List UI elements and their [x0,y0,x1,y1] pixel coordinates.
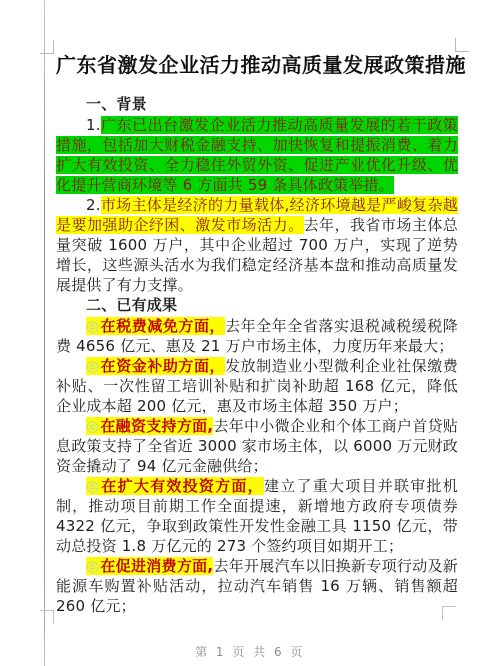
crop-mark-bottom-left-icon [40,610,54,624]
circle-bullet-icon: ◎ [86,557,100,575]
page-number-footer: 第 1 页 共 6 页 [0,644,500,660]
achievement-item: ◎在资金补助方面，发放制造业小型微利企业社保缴费补贴、一次性留工培训补贴和扩岗补… [56,356,458,416]
page-edge-line [44,0,45,666]
achievement-lead-text: 在促进消费方面, [100,557,213,575]
document-page: 广东省激发企业活力推动高质量发展政策措施 一、背景 1.广东已出台激发企业活力推… [0,0,500,666]
achievement-lead-text: 在资金补助方面， [101,357,225,375]
document-title: 广东省激发企业活力推动高质量发展政策措施 [56,50,458,80]
green-highlighted-text: 广东已出台激发企业活力推动高质量发展的若干政策措施，包括加大财税金融支持、加快恢… [56,116,458,194]
paragraph-number: 1. [86,116,101,134]
achievement-lead-text: 在扩大有效投资方面， [101,477,264,495]
circle-bullet-icon: ◎ [86,417,100,435]
circle-bullet-icon: ◎ [86,477,101,495]
document-content: 广东省激发企业活力推动高质量发展政策措施 一、背景 1.广东已出台激发企业活力推… [56,50,458,616]
achievement-item: ◎在融资支持方面,去年中小微企业和个体工商户首贷贴息政策支持了全省近 3000 … [56,416,458,476]
achievement-item: ◎在促进消费方面,去年开展汽车以旧换新专项行动及新能源车购置补贴活动，拉动汽车销… [56,556,458,616]
circle-bullet-icon: ◎ [86,317,101,335]
section-heading-background: 一、背景 [56,94,458,115]
achievement-item: ◎在税费减免方面，去年全年全省落实退税减税缓税降费 4656 亿元、惠及 21 … [56,316,458,356]
section-heading-achievements: 二、已有成果 [56,295,458,316]
background-paragraph-1: 1.广东已出台激发企业活力推动高质量发展的若干政策措施，包括加大财税金融支持、加… [56,115,458,195]
circle-bullet-icon: ◎ [86,357,101,375]
background-paragraph-2: 2.市场主体是经济的力量载体,经济环境越是严峻复杂越是要加强助企纾困、激发市场活… [56,195,458,295]
achievement-item: ◎在扩大有效投资方面，建立了重大项目并联审批机制，推动项目前期工作全面提速，新增… [56,476,458,556]
achievement-lead-text: 在税费减免方面， [101,317,225,335]
crop-mark-top-left-icon [40,40,54,54]
achievement-lead-text: 在融资支持方面, [100,417,213,435]
paragraph-number: 2. [86,196,101,214]
